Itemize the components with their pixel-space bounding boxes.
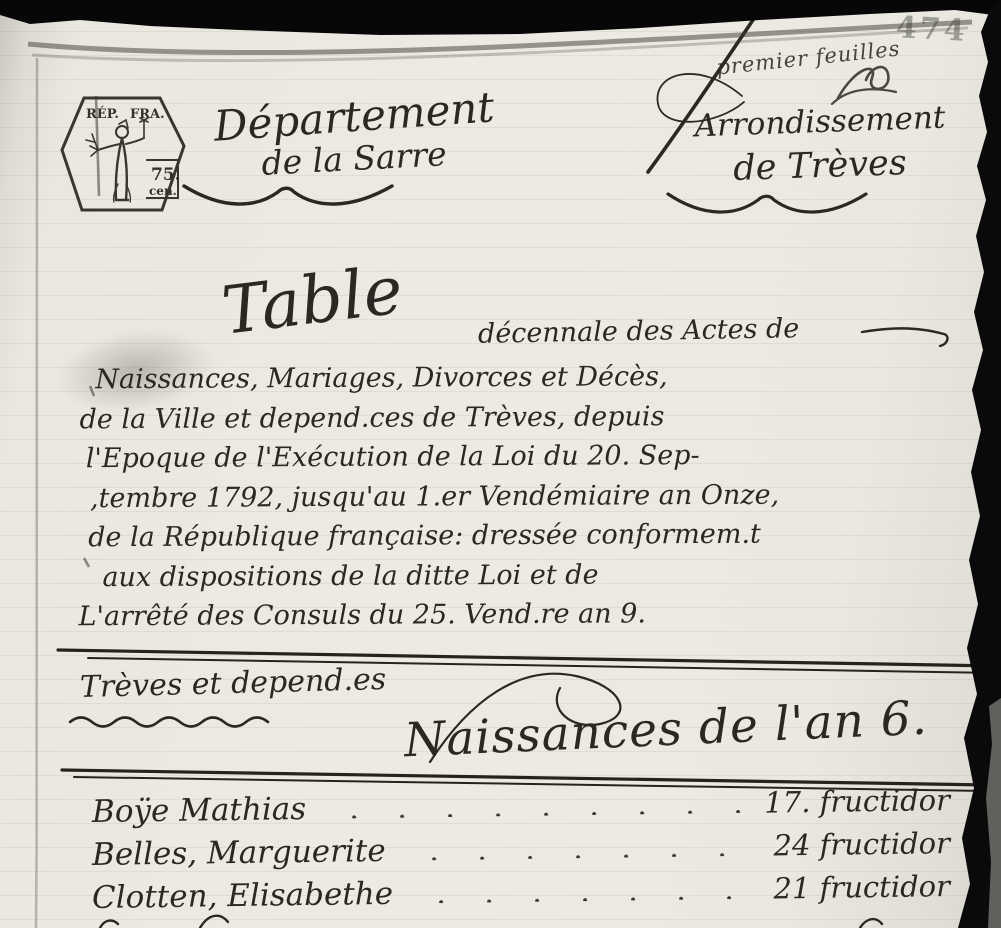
title-line: Naissances, Mariages, Divorces et Décès,: [95, 356, 955, 400]
title-line: de la Ville et depend.ces de Trèves, dep…: [79, 395, 955, 439]
scanned-register-page: 474 premier feuilles RÉP. FRA. 75. cen. …: [0, 0, 1001, 928]
title-line: aux dispositions de la ditte Loi et de: [102, 553, 956, 597]
dot-leader: [404, 846, 760, 861]
title-line: l'Epoque de l'Exécution de la Loi du 20.…: [86, 435, 956, 479]
record-name: Clotten, Elisabethe: [92, 876, 394, 916]
title-line: décennale des Actes de: [478, 313, 800, 350]
arrondissement-heading: Arrondissement de Trèves: [662, 104, 978, 186]
folio-number: 474: [895, 10, 968, 49]
record-name: Belles, Marguerite: [92, 833, 386, 873]
title-line: de la République française: dressée conf…: [88, 514, 956, 558]
record-name: Boÿe Mathias: [92, 791, 307, 830]
record-date: 17. fructidor: [764, 783, 950, 820]
arrondissement-line2: de Trèves: [661, 140, 978, 191]
title-line: L'arrêté des Consuls du 25. Vend.re an 9…: [79, 593, 957, 637]
record-date: 21 fructidor: [773, 869, 950, 905]
title-block: Naissances, Mariages, Divorces et Décès,…: [75, 356, 956, 637]
title-line: ,tembre 1792, jusqu'au 1.er Vendémiaire …: [90, 474, 956, 518]
record-date: 24 fructidor: [773, 826, 950, 862]
arrondissement-line1: Arrondissement: [661, 98, 978, 145]
dot-leader: [324, 803, 750, 819]
department-heading: Département de la Sarre: [178, 92, 530, 178]
dot-leader: [411, 889, 760, 904]
